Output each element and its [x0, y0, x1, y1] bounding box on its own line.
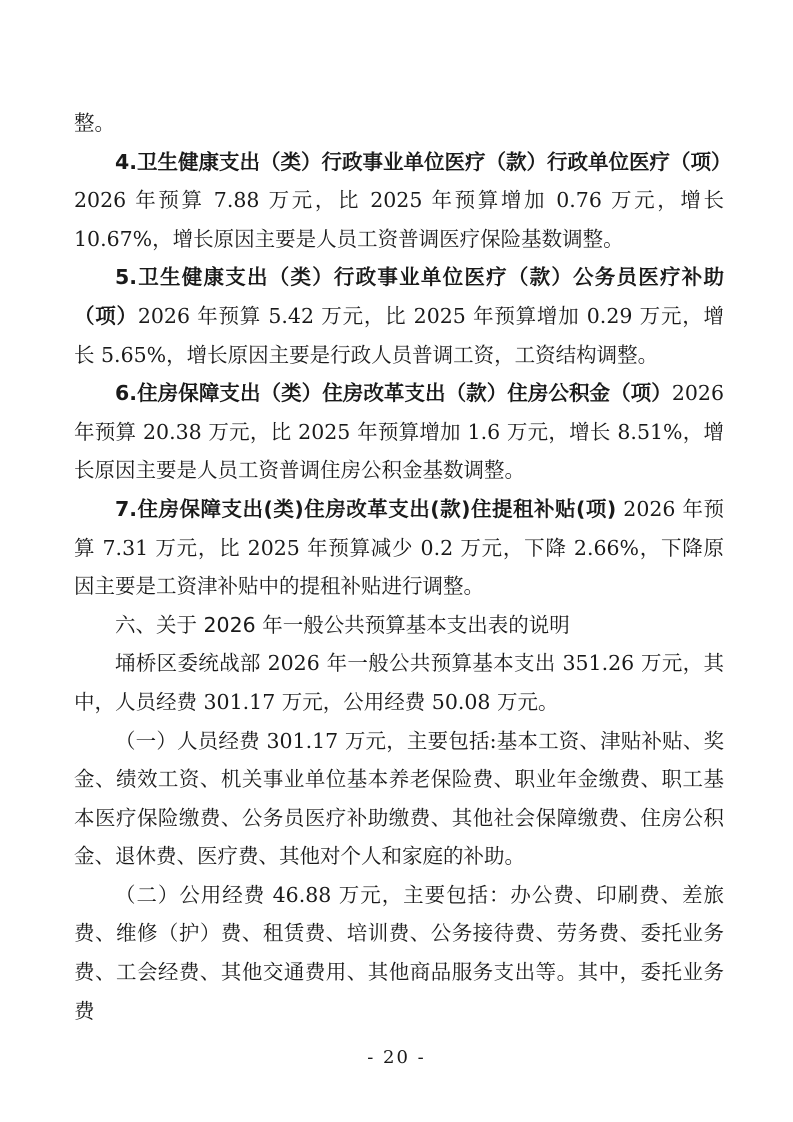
- paragraph-text: 2026 年预算 7.88 万元，比 2025 年预算增加 0.76 万元，增长…: [74, 188, 724, 251]
- paragraph-item-6-housing-fund: 6.住房保障支出（类）住房改革支出（款）住房公积金（项）2026 年预算 20.…: [74, 374, 724, 490]
- paragraph-basic-expenditure-summary: 埇桥区委统战部 2026 年一般公共预算基本支出 351.26 万元，其中，人员…: [74, 644, 724, 721]
- paragraph-item-4-medical-admin-units: 4.卫生健康支出（类）行政事业单位医疗（款）行政单位医疗（项）2026 年预算 …: [74, 143, 724, 259]
- paragraph-lead: 4.卫生健康支出（类）行政事业单位医疗（款）行政单位医疗（项）: [115, 150, 732, 174]
- paragraph-item-7-rent-subsidy: 7.住房保障支出(类)住房改革支出(款)住提租补贴(项) 2026 年预算 7.…: [74, 490, 724, 606]
- document-body: 整。 4.卫生健康支出（类）行政事业单位医疗（款）行政单位医疗（项）2026 年…: [74, 104, 724, 1030]
- paragraph-text: （二）公用经费 46.88 万元，主要包括：办公费、印刷费、差旅费、维修（护）费…: [74, 883, 724, 1023]
- paragraph-public-expenses: （二）公用经费 46.88 万元，主要包括：办公费、印刷费、差旅费、维修（护）费…: [74, 876, 724, 1030]
- paragraph-text: （一）人员经费 301.17 万元，主要包括:基本工资、津贴补贴、奖金、绩效工资…: [74, 729, 724, 869]
- section-heading-text: 六、关于 2026 年一般公共预算基本支出表的说明: [115, 613, 570, 637]
- paragraph-personnel-expenses: （一）人员经费 301.17 万元，主要包括:基本工资、津贴补贴、奖金、绩效工资…: [74, 722, 724, 876]
- paragraph-item-5-civil-servant-medical-subsidy: 5.卫生健康支出（类）行政事业单位医疗（款）公务员医疗补助（项）2026 年预算…: [74, 258, 724, 374]
- paragraph-text: 2026 年预算 5.42 万元，比 2025 年预算增加 0.29 万元，增长…: [74, 304, 724, 367]
- paragraph-lead: 7.住房保障支出(类)住房改革支出(款)住提租补贴(项): [115, 497, 616, 521]
- paragraph-continuation: 整。: [74, 104, 724, 143]
- section-heading-six: 六、关于 2026 年一般公共预算基本支出表的说明: [74, 606, 724, 645]
- paragraph-text: 整。: [74, 111, 115, 135]
- paragraph-text: 埇桥区委统战部 2026 年一般公共预算基本支出 351.26 万元，其中，人员…: [74, 651, 724, 714]
- paragraph-lead: 6.住房保障支出（类）住房改革支出（款）住房公积金（项）: [115, 381, 672, 405]
- page-number: - 20 -: [0, 1047, 793, 1068]
